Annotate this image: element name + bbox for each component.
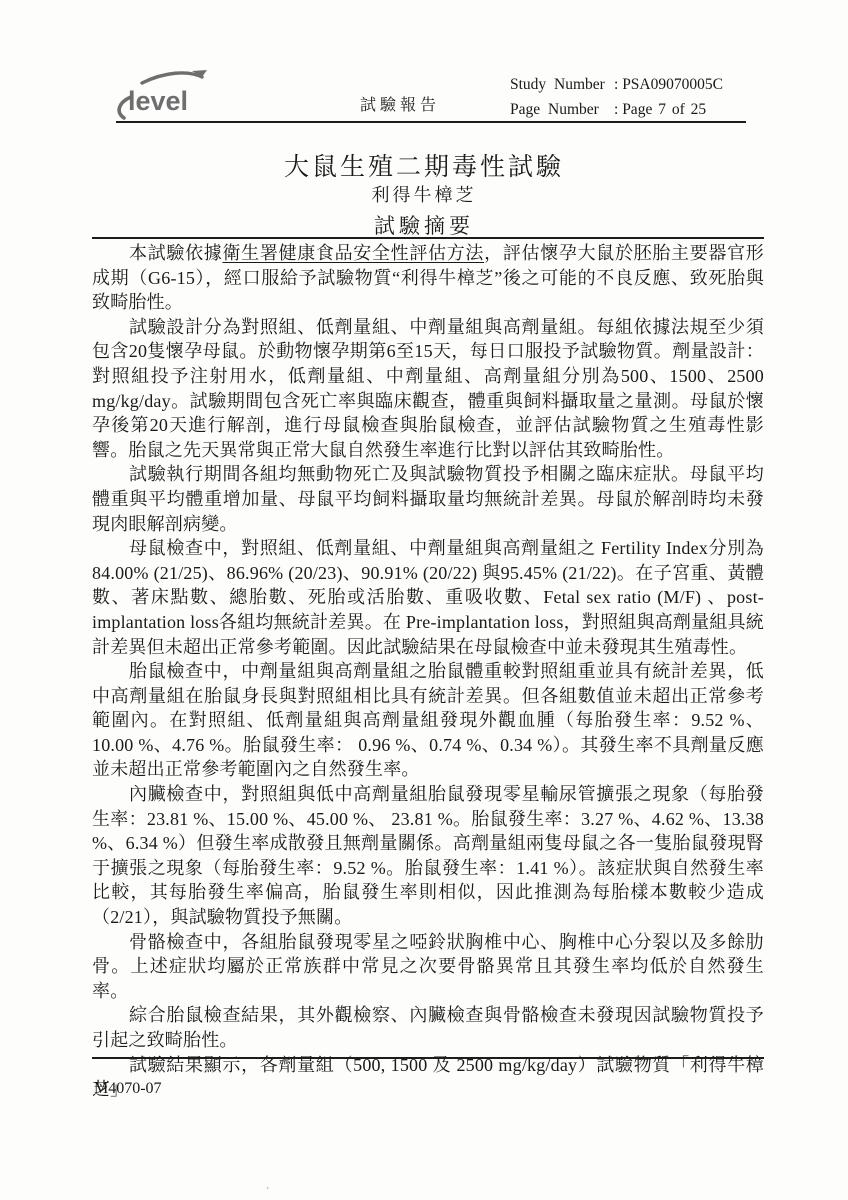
paragraph: 內臟檢查中，對照組與低中高劑量組胎鼠發現零星輸尿管擴張之現象（每胎發生率：23.… [92,782,764,930]
body-text: 母鼠檢查中，對照組、低劑量組、中劑量組與高劑量組之 Fertility Inde… [92,538,764,656]
logo-swoosh-icon: level [112,70,212,124]
body-text: 試驗設計分為對照組、低劑量組、中劑量組與高劑量組。每組依據法規至少須包含20隻懷… [92,317,764,460]
body-text: 骨骼檢查中，各組胎鼠發現零星之啞鈴狀胸椎中心、胸椎中心分裂以及多餘肋骨。上述症狀… [92,932,764,1001]
summary-body: 本試驗依據衛生署健康食品安全性評估方法，評估懷孕大鼠於胚胎主要器官形成期（G6-… [92,241,764,1102]
level-logo: level [112,70,212,124]
paragraph: 母鼠檢查中，對照組、低劑量組、中劑量組與高劑量組之 Fertility Inde… [92,536,764,659]
header-rule [116,121,746,123]
page-number-label: Page Number [510,97,614,122]
document-code: M4070-07 [94,1080,162,1098]
paragraph: 本試驗依據衛生署健康食品安全性評估方法，評估懷孕大鼠於胚胎主要器官形成期（G6-… [92,241,764,315]
summary-top-rule [92,237,764,239]
report-page: level 試驗報告 Study Number: PSA09070005C Pa… [0,0,848,1200]
paragraph: 骨骼檢查中，各組胎鼠發現零星之啞鈴狀胸椎中心、胸椎中心分裂以及多餘肋骨。上述症狀… [92,930,764,1004]
page-number-value: Page 7 of 25 [622,101,706,118]
paragraph: 胎鼠檢查中，中劑量組與高劑量組之胎鼠體重較對照組重並具有統計差異，低中高劑量組在… [92,659,764,782]
study-number-value: PSA09070005C [622,76,723,93]
meta-separator: : [614,76,618,93]
summary-heading: 試驗摘要 [0,210,848,240]
summary-bottom-rule [92,1057,764,1059]
body-text: 胎鼠檢查中，中劑量組與高劑量組之胎鼠體重較對照組重並具有統計差異，低中高劑量組在… [92,661,764,779]
meta-separator: : [614,101,618,118]
logo-text: level [128,86,188,116]
header-doc-type: 試驗報告 [300,92,500,115]
body-text: 本試驗依據 [129,243,222,263]
body-text: 內臟檢查中，對照組與低中高劑量組胎鼠發現零星輸尿管擴張之現象（每胎發生率：23.… [92,784,764,927]
body-text: 試驗結果顯示，各劑量組（500, 1500 及 2500 mg/kg/day）試… [92,1055,764,1100]
test-substance-title: 利得牛樟芝 [0,181,848,207]
paragraph: 試驗設計分為對照組、低劑量組、中劑量組與高劑量組。每組依據法規至少須包含20隻懷… [92,315,764,463]
page-number-row: Page Number: Page 7 of 25 [510,97,723,122]
paragraph: 綜合胎鼠檢查結果，其外觀檢察、內臟檢查與骨骼檢查未發現因試驗物質投予引起之致畸胎… [92,1003,764,1052]
body-text: 試驗執行期間各組均無動物死亡及與試驗物質投予相關之臨床症狀。母鼠平均體重與平均體… [92,464,764,533]
paragraph: 試驗執行期間各組均無動物死亡及與試驗物質投予相關之臨床症狀。母鼠平均體重與平均體… [92,462,764,536]
study-number-row: Study Number: PSA09070005C [510,72,723,97]
study-number-label: Study Number [510,72,614,97]
report-title: 大鼠生殖二期毒性試驗 [0,147,848,183]
scan-speck: ’ [266,1186,269,1197]
paragraph: 試驗結果顯示，各劑量組（500, 1500 及 2500 mg/kg/day）試… [92,1053,764,1102]
header-meta: Study Number: PSA09070005C Page Number: … [510,72,723,122]
underlined-text: 衛生署健康食品安全性評估方法 [222,243,484,263]
body-text: 綜合胎鼠檢查結果，其外觀檢察、內臟檢查與骨骼檢查未發現因試驗物質投予引起之致畸胎… [92,1005,764,1050]
